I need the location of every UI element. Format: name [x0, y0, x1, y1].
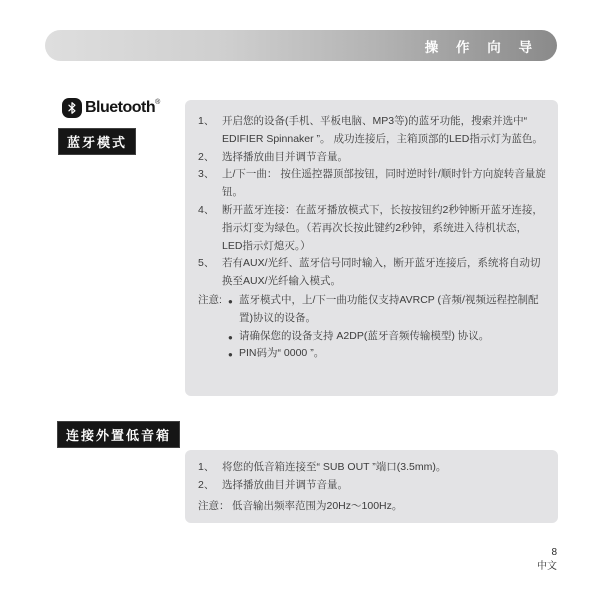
item-number: 4、	[198, 202, 222, 255]
item-number: 3、	[198, 166, 222, 202]
subwoofer-instructions-panel: 1、 将您的低音箱连接至“ SUB OUT ”端口(3.5mm)。 2、 选择播…	[185, 450, 558, 523]
note-item: ● 请确保您的设备支持 A2DP(蓝牙音频传输模型) 协议。	[228, 328, 546, 346]
item-text: 开启您的设备(手机、平板电脑、MP3等)的蓝牙功能，搜索并选中“ EDIFIER…	[222, 113, 546, 149]
header-bar: 操 作 向 导	[45, 30, 557, 61]
note-item: ● PIN码为“ 0000 ”。	[228, 345, 546, 363]
instruction-item: 5、 若有AUX/光纤、蓝牙信号同时输入，断开蓝牙连接后，系统将自动切换至AUX…	[198, 255, 546, 291]
item-number: 1、	[198, 113, 222, 149]
page-footer: 8 中文	[537, 546, 557, 573]
note-item: 注意： 低音输出频率范围为20Hz～100Hz。	[198, 498, 546, 516]
item-text: 选择播放曲目并调节音量。	[222, 149, 546, 167]
page-number: 8	[537, 546, 557, 560]
item-text: 选择播放曲目并调节音量。	[222, 477, 546, 495]
item-text: 断开蓝牙连接：在蓝牙播放模式下，长按按钮约2秒钟断开蓝牙连接，指示灯变为绿色。（…	[222, 202, 546, 255]
instruction-item: 2、 选择播放曲目并调节音量。	[198, 477, 546, 495]
note-text: 蓝牙模式中，上/下一曲功能仅支持AVRCP (音频/视频远程控制配置)协议的设备…	[239, 292, 546, 328]
item-number: 2、	[198, 149, 222, 167]
instruction-item: 4、 断开蓝牙连接：在蓝牙播放模式下，长按按钮约2秒钟断开蓝牙连接，指示灯变为绿…	[198, 202, 546, 255]
bluetooth-icon	[62, 98, 82, 118]
notes-label: 注意：	[198, 498, 232, 516]
bullet-icon: ●	[228, 293, 239, 329]
bluetooth-instructions-panel: 1、 开启您的设备(手机、平板电脑、MP3等)的蓝牙功能，搜索并选中“ EDIF…	[185, 100, 558, 396]
instruction-item: 3、 上/下一曲： 按住遥控器顶部按钮，同时逆时针/顺时针方向旋转音量旋钮。	[198, 166, 546, 202]
note-text: 请确保您的设备支持 A2DP(蓝牙音频传输模型) 协议。	[239, 328, 546, 346]
instruction-item: 1、 开启您的设备(手机、平板电脑、MP3等)的蓝牙功能，搜索并选中“ EDIF…	[198, 113, 546, 149]
instruction-item: 1、 将您的低音箱连接至“ SUB OUT ”端口(3.5mm)。	[198, 459, 546, 477]
notes-label: 注意:	[198, 292, 228, 363]
section-label-bluetooth-mode: 蓝牙模式	[58, 128, 136, 155]
bluetooth-logo: Bluetooth ®	[62, 97, 160, 119]
bluetooth-logo-text: Bluetooth	[85, 99, 155, 117]
bullet-icon: ●	[228, 346, 239, 364]
item-number: 1、	[198, 459, 222, 477]
bullet-icon: ●	[228, 329, 239, 347]
page-title: 操 作 向 导	[425, 36, 557, 56]
item-text: 上/下一曲： 按住遥控器顶部按钮，同时逆时针/顺时针方向旋转音量旋钮。	[222, 166, 546, 202]
registered-trademark: ®	[155, 99, 160, 106]
note-item: ● 蓝牙模式中，上/下一曲功能仅支持AVRCP (音频/视频远程控制配置)协议的…	[228, 292, 546, 328]
item-number: 5、	[198, 255, 222, 291]
language-label: 中文	[537, 560, 557, 574]
note-text: PIN码为“ 0000 ”。	[239, 345, 546, 363]
section-label-subwoofer: 连接外置低音箱	[57, 421, 180, 448]
item-text: 若有AUX/光纤、蓝牙信号同时输入，断开蓝牙连接后，系统将自动切换至AUX/光纤…	[222, 255, 546, 291]
item-number: 2、	[198, 477, 222, 495]
manual-page: 操 作 向 导 Bluetooth ® 蓝牙模式 1、 开启您的设备(手机、平板…	[0, 0, 600, 599]
note-text: 低音输出频率范围为20Hz～100Hz。	[232, 498, 402, 516]
notes-list: ● 蓝牙模式中，上/下一曲功能仅支持AVRCP (音频/视频远程控制配置)协议的…	[228, 292, 546, 363]
instruction-item: 2、 选择播放曲目并调节音量。	[198, 149, 546, 167]
item-text: 将您的低音箱连接至“ SUB OUT ”端口(3.5mm)。	[222, 459, 546, 477]
notes-block: 注意: ● 蓝牙模式中，上/下一曲功能仅支持AVRCP (音频/视频远程控制配置…	[198, 292, 546, 363]
